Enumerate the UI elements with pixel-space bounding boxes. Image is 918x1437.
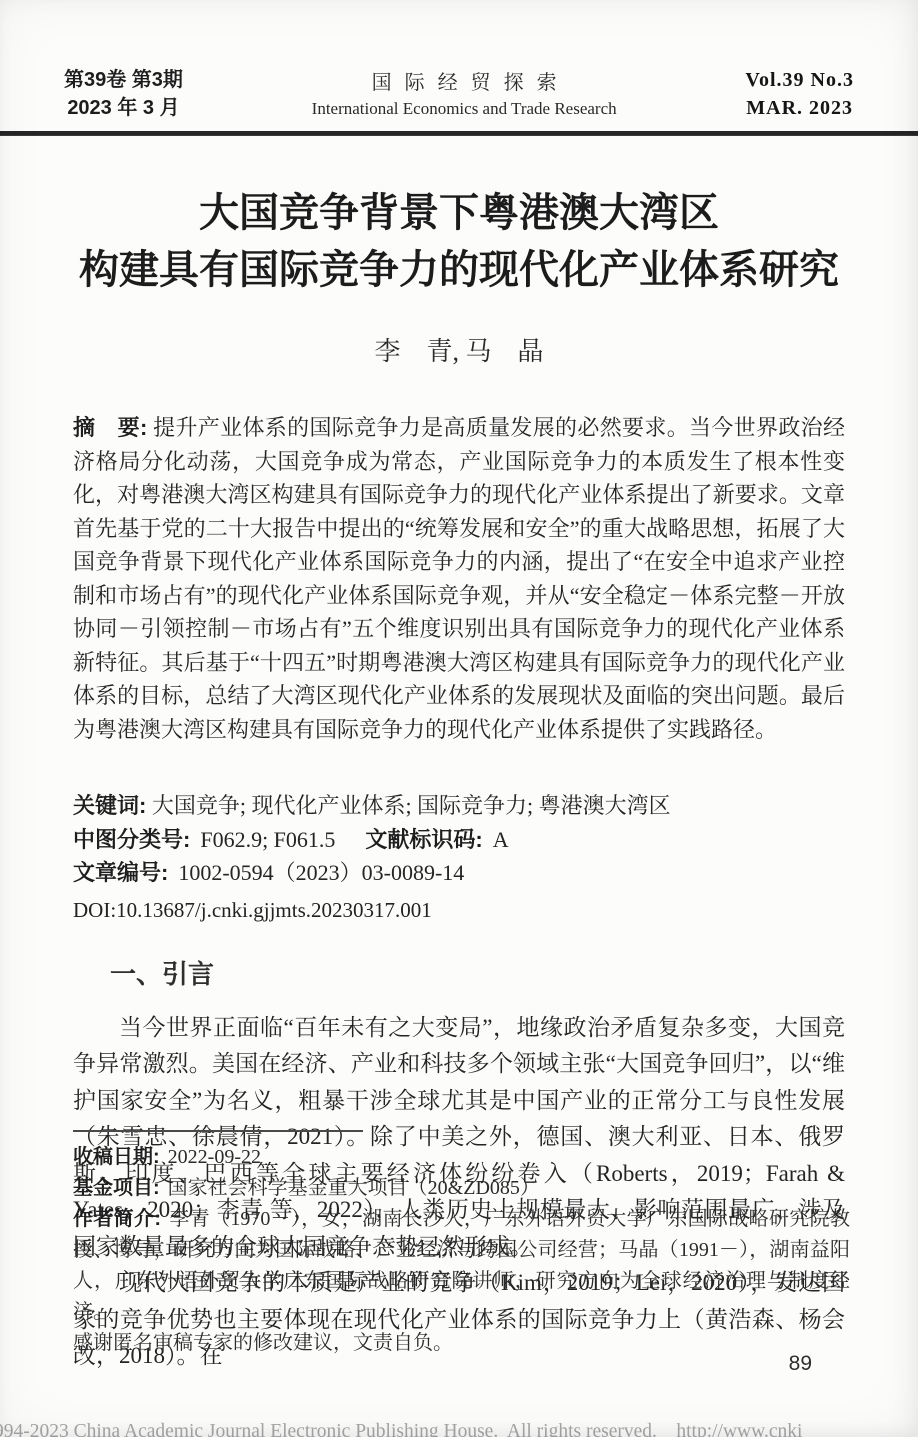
doi-line: DOI:10.13687/j.cnki.gjjmts.20230317.001 (73, 894, 845, 927)
issue-date-line: 2023 年 3 月 (64, 94, 183, 122)
journal-title-chinese: 国际经贸探索 (312, 70, 617, 96)
article-id-label: 文章编号: (73, 860, 168, 885)
keywords-line: 关键词: 大国竞争; 现代化产业体系; 国际竞争力; 粤港澳大湾区 (73, 789, 845, 823)
abstract-paragraph: 摘 要: 提升产业体系的国际竞争力是高质量发展的必然要求。当今世界政治经济格局分… (73, 411, 845, 746)
vol-no-line: Vol.39 No.3 (745, 66, 854, 94)
keywords-label: 关键词: (73, 793, 146, 818)
footnote-received-date: 收稿日期:2022-09-22 (73, 1142, 850, 1173)
article-id-pair: 文章编号:1002-0594（2023）03-0089-14 (73, 860, 464, 885)
footnote-block: 收稿日期:2022-09-22 基金项目:国家社会科学基金重大项目（20&ZD0… (73, 1130, 850, 1359)
footnote-separator (73, 1130, 363, 1132)
clc-label: 中图分类号: (73, 827, 190, 852)
article-id-value: 1002-0594（2023）03-0089-14 (178, 860, 464, 885)
author-bio-label: 作者简介: (73, 1208, 161, 1230)
scanned-journal-page: 第39卷 第3期 2023 年 3 月 国际经贸探索 International… (0, 0, 918, 1437)
author-names: 李 青, 马 晶 (73, 331, 845, 368)
doc-code-value: A (493, 827, 509, 852)
footnote-fund-project: 基金项目:国家社会科学基金重大项目（20&ZD085） (73, 1173, 850, 1204)
page-number: 89 (789, 1352, 812, 1376)
clc-value: F062.9; F061.5 (200, 827, 335, 852)
header-divider-rule (0, 131, 918, 136)
keywords-text: 大国竞争; 现代化产业体系; 国际竞争力; 粤港澳大湾区 (146, 793, 670, 818)
journal-header: 第39卷 第3期 2023 年 3 月 国际经贸探索 International… (0, 0, 918, 122)
article-title-line2: 构建具有国际竞争力的现代化产业体系研究 (73, 241, 845, 298)
month-year-line: MAR. 2023 (745, 94, 854, 122)
classification-line: 中图分类号:F062.9; F061.5文献标识码:A文章编号:1002-059… (73, 823, 845, 890)
received-date-label: 收稿日期: (73, 1146, 160, 1168)
article-title-line1: 大国竞争背景下粤港澳大湾区 (73, 184, 845, 241)
fund-project-value: 国家社会科学基金重大项目（20&ZD085） (168, 1177, 540, 1199)
author-bio-value: 李青（1970－），女，湖南长沙人，广东外语外贸大学广东国际战略研究院教授、博导… (73, 1208, 850, 1323)
abstract-text: 提升产业体系的国际竞争力是高质量发展的必然要求。当今世界政治经济格局分化动荡，大… (73, 415, 845, 742)
section-heading-introduction: 一、引言 (110, 954, 845, 991)
footnote-acknowledgement: 感谢匿名审稿专家的修改建议，文责自负。 (73, 1328, 850, 1359)
clc-pair: 中图分类号:F062.9; F061.5 (73, 827, 335, 852)
doc-code-pair: 文献标识码:A (365, 827, 508, 852)
journal-title-block: 国际经贸探索 International Economics and Trade… (312, 70, 617, 122)
footnote-author-bio: 作者简介:李青（1970－），女，湖南长沙人，广东外语外贸大学广东国际战略研究院… (73, 1204, 850, 1328)
publisher-watermark: 994-2023 China Academic Journal Electron… (0, 1421, 918, 1437)
fund-project-label: 基金项目: (73, 1177, 160, 1199)
journal-title-english: International Economics and Trade Resear… (312, 96, 617, 122)
journal-volume-issue: 第39卷 第3期 2023 年 3 月 (64, 66, 183, 122)
doc-code-label: 文献标识码: (365, 827, 482, 852)
volume-issue-line: 第39卷 第3期 (64, 66, 183, 94)
article-title: 大国竞争背景下粤港澳大湾区 构建具有国际竞争力的现代化产业体系研究 (73, 184, 845, 298)
received-date-value: 2022-09-22 (168, 1146, 261, 1168)
journal-vol-no-block: Vol.39 No.3 MAR. 2023 (745, 66, 854, 122)
abstract-label: 摘 要: (73, 415, 147, 440)
